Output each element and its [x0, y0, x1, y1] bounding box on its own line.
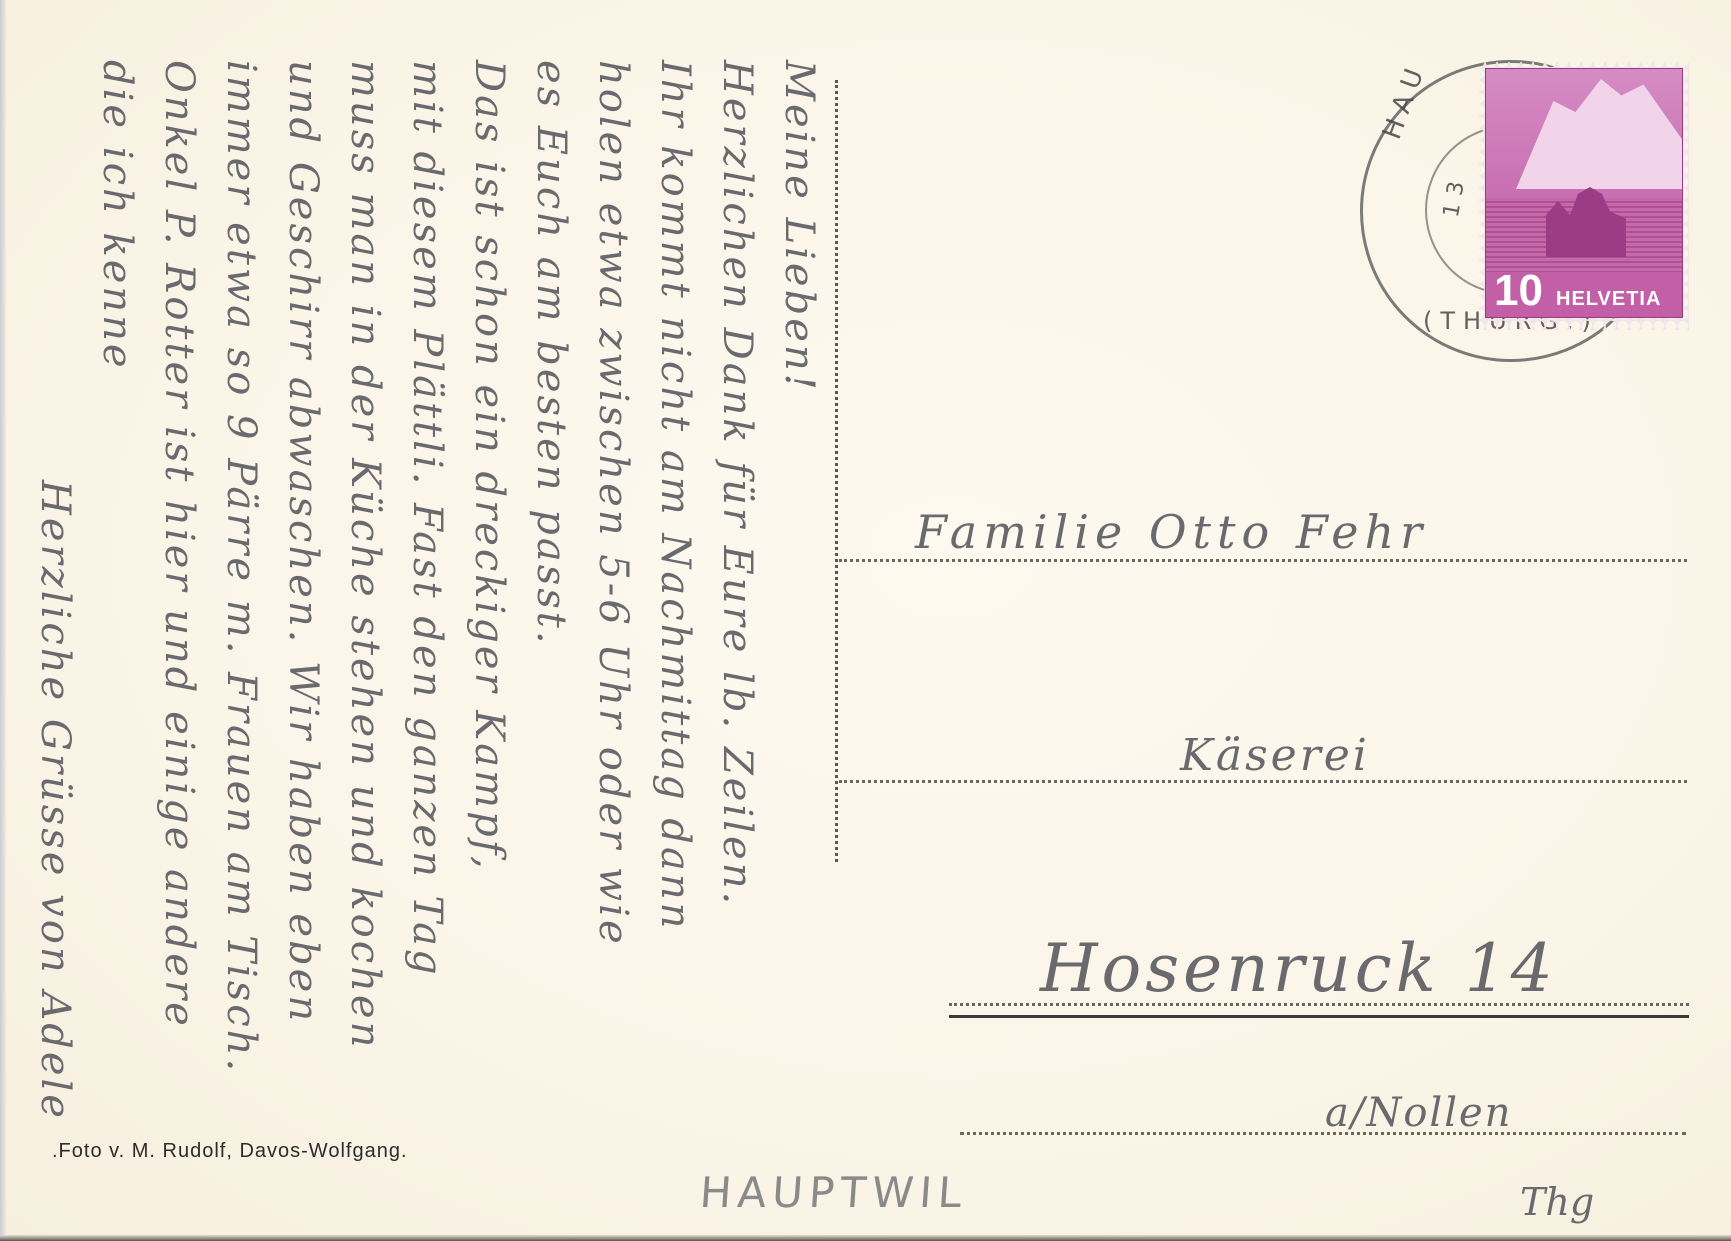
address-rule-1 [839, 559, 1687, 562]
address-rule-4 [960, 1132, 1686, 1135]
message-line: immer etwa so 9 Pärre m. Frauen am Tisch… [210, 60, 272, 1170]
scan-edge-bottom [0, 1235, 1731, 1241]
message-line: Ihr kommt nicht am Nachmittag dann [644, 60, 706, 1170]
address-line-1: Familie Otto Fehr [915, 505, 1428, 559]
address-line-3: Hosenruck 14 [1040, 930, 1557, 1007]
message-line: mit diesem Plättli. Fast den ganzen Tag [396, 60, 458, 1170]
postage-stamp: 10 HELVETIA [1479, 62, 1689, 330]
message-line: Meine Lieben! [768, 60, 830, 1170]
address-line-4: a/Nollen [1325, 1090, 1512, 1136]
message-line: holen etwa zwischen 5-6 Uhr oder wie [582, 60, 644, 1170]
postcard-back: Meine Lieben! Herzlichen Dank für Eure l… [0, 0, 1731, 1241]
message-line: muss man in der Küche stehen und kochen [334, 60, 396, 1170]
vertical-divider [835, 80, 838, 862]
address-line-2: Käserei [1180, 730, 1370, 781]
message-line: die ich kenne [86, 60, 148, 1170]
address-canton: Thg [1520, 1180, 1594, 1224]
stamp-image: 10 HELVETIA [1485, 68, 1683, 318]
stamp-value: 10 [1494, 269, 1543, 313]
scan-edge-left [0, 0, 6, 1241]
message-line: Das ist schon ein dreckiger Kampf, [458, 60, 520, 1170]
address-rule-3-underline [949, 1015, 1689, 1018]
message-line: es Euch am besten passt. [520, 60, 582, 1170]
stamp-country: HELVETIA [1556, 288, 1661, 311]
postmark-town: HAU [1377, 57, 1433, 143]
message-line: Onkel P. Rotter ist hier und einige ande… [148, 60, 210, 1170]
handwritten-message: Meine Lieben! Herzlichen Dank für Eure l… [40, 60, 830, 1170]
photo-credit: .Foto v. M. Rudolf, Davos-Wolfgang. [52, 1140, 408, 1163]
message-line: Herzlichen Dank für Eure lb. Zeilen. [706, 60, 768, 1170]
message-signature: Herzliche Grüsse von Adele [24, 60, 86, 1170]
message-line: und Geschirr abwaschen. Wir haben eben [272, 60, 334, 1170]
pencil-note: HAUPTWIL [698, 1168, 969, 1217]
